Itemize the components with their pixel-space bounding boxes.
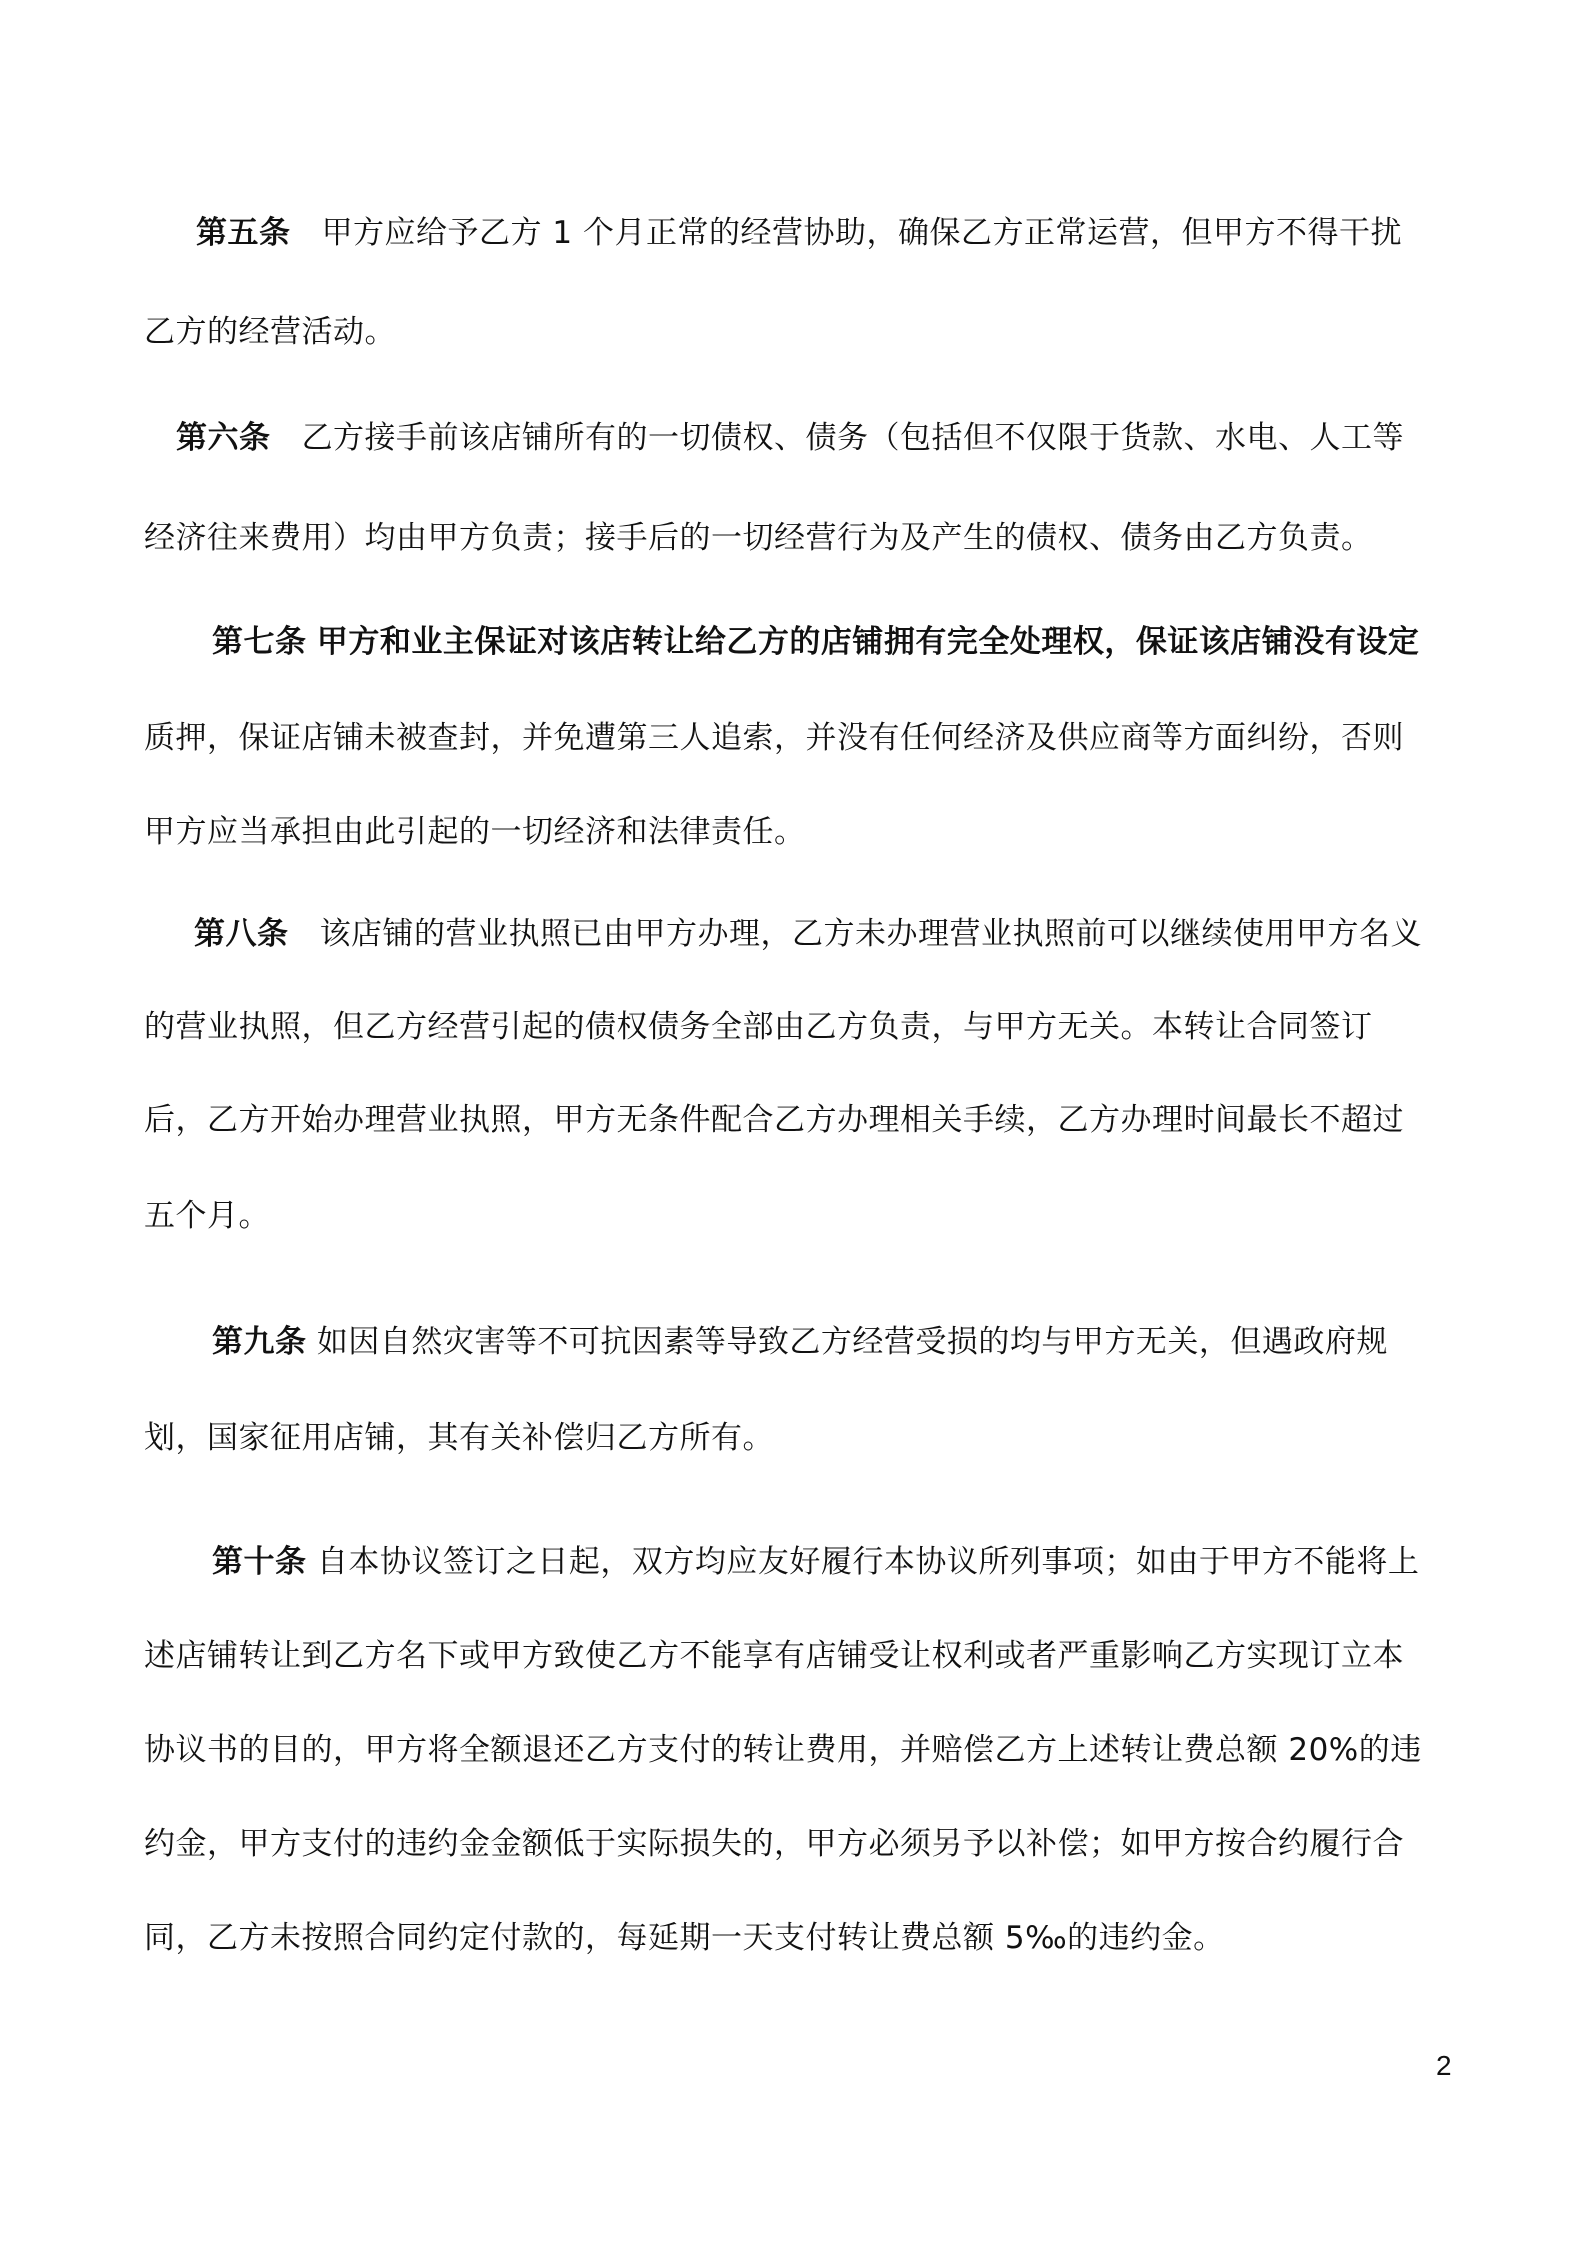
article-8-text-3: 后，乙方开始办理营业执照，甲方无条件配合乙方办理相关手续，乙方办理时间最长不超过 [144,1100,1404,1140]
article-7-line-1: 第七条 甲方和业主保证对该店转让给乙方的店铺拥有完全处理权，保证该店铺没有设定 [212,622,1419,662]
article-10-text-1: 自本协议签订之日起，双方均应友好履行本协议所列事项；如由于甲方不能将上 [317,1544,1420,1580]
article-6-heading: 第六条 [176,420,271,456]
article-5-heading: 第五条 [196,215,291,251]
article-7-text-2: 质押，保证店铺未被查封，并免遭第三人追索，并没有任何经济及供应商等方面纠纷，否则 [144,718,1404,758]
article-9-text-2: 划，国家征用店铺，其有关补偿归乙方所有。 [144,1418,774,1458]
article-9-line-1: 第九条 如因自然灾害等不可抗因素等导致乙方经营受损的均与甲方无关，但遇政府规 [212,1322,1388,1362]
article-6-line-1: 第六条 乙方接手前该店铺所有的一切债权、债务（包括但不仅限于货款、水电、人工等 [176,418,1404,458]
article-8-text-1: 该店铺的营业执照已由甲方办理，乙方未办理营业执照前可以继续使用甲方名义 [320,916,1423,952]
article-5-text-1: 甲方应给予乙方 1 个月正常的经营协助，确保乙方正常运营，但甲方不得干扰 [322,215,1402,251]
article-10-text-2: 述店铺转让到乙方名下或甲方致使乙方不能享有店铺受让权利或者严重影响乙方实现订立本 [144,1636,1404,1676]
article-8-text-4: 五个月。 [144,1196,270,1236]
article-7-heading: 第七条 [212,624,307,660]
article-5-line-1: 第五条 甲方应给予乙方 1 个月正常的经营协助，确保乙方正常运营，但甲方不得干扰 [196,213,1402,253]
article-7-text-3: 甲方应当承担由此引起的一切经济和法律责任。 [144,812,806,852]
article-8-heading: 第八条 [194,916,289,952]
article-8-line-1: 第八条 该店铺的营业执照已由甲方办理，乙方未办理营业执照前可以继续使用甲方名义 [194,914,1422,954]
article-9-text-1: 如因自然灾害等不可抗因素等导致乙方经营受损的均与甲方无关，但遇政府规 [317,1324,1388,1360]
article-8-text-2: 的营业执照，但乙方经营引起的债权债务全部由乙方负责，与甲方无关。本转让合同签订 [144,1007,1373,1047]
article-6-text-2: 经济往来费用）均由甲方负责；接手后的一切经营行为及产生的债权、债务由乙方负责。 [144,518,1373,558]
article-10-text-4: 约金，甲方支付的违约金金额低于实际损失的，甲方必须另予以补偿；如甲方按合约履行合 [144,1824,1404,1864]
article-6-text-1: 乙方接手前该店铺所有的一切债权、债务（包括但不仅限于货款、水电、人工等 [302,420,1405,456]
article-10-line-1: 第十条 自本协议签订之日起，双方均应友好履行本协议所列事项；如由于甲方不能将上 [212,1542,1419,1582]
article-10-text-3: 协议书的目的，甲方将全额退还乙方支付的转让费用，并赔偿乙方上述转让费总额 20%… [144,1730,1422,1770]
article-7-text-1: 甲方和业主保证对该店转让给乙方的店铺拥有完全处理权，保证该店铺没有设定 [317,624,1420,660]
article-5-text-2: 乙方的经营活动。 [144,312,396,352]
page-number: 2 [1436,2050,1452,2082]
article-10-text-5: 同，乙方未按照合同约定付款的，每延期一天支付转让费总额 5‰的违约金。 [144,1918,1225,1958]
document-page: 第五条 甲方应给予乙方 1 个月正常的经营协助，确保乙方正常运营，但甲方不得干扰… [0,0,1586,2244]
article-9-heading: 第九条 [212,1324,307,1360]
article-10-heading: 第十条 [212,1544,307,1580]
